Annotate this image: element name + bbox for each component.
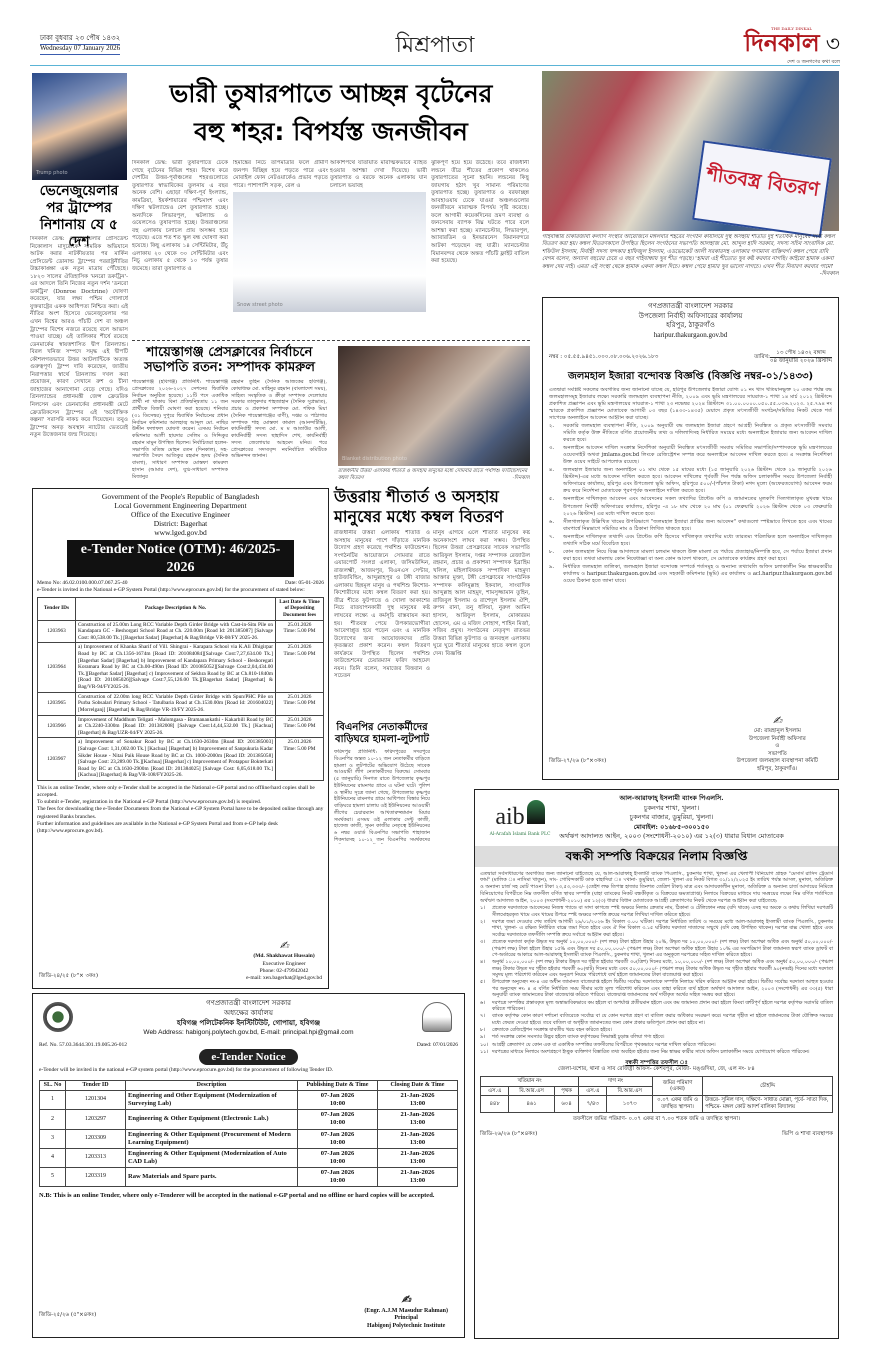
list-item: ৪।অনুর্ধ্ব ১০,০০,০০০/- (দশ লক্ষ) টাকার উ… <box>480 959 833 978</box>
bank-items: ১।প্রত্যেক দরদাতাকে আবেদনের নিজস্ব প্যাড… <box>480 905 833 1055</box>
bank-auction-notice: aib Al-Arafah Islami Bank PLC আল-আরাফাহ্… <box>474 789 839 1339</box>
jolmohal-code: জিডি-২৭/২৬ (৮"×৩কঃ) <box>549 758 606 765</box>
table-row: 41203313Engineering & Other Equipment (M… <box>40 1148 458 1167</box>
list-item: ৪.জলমহাল ইজারার জন্য অনলাইনে ০১ মাঘ থেকে… <box>549 467 832 495</box>
bangladesh-emblem-icon <box>43 1002 73 1032</box>
list-item: ৭।ব্যাংক কর্তৃপক্ষ কোন কারণ দর্শানো ব্যত… <box>480 1013 833 1026</box>
polytech-tender-notice: গণপ্রজাতন্ত্রী বাংলাদেশ সরকার অধ্যক্ষের … <box>32 993 465 1338</box>
polytech-ref: Ref. No. 57.03.3644.301.19.005.26-012 <box>39 1042 127 1049</box>
snow-col3: আকাশপথে যাতায়াত মারাত্মকভাবে ব্যাহত হওয… <box>330 160 427 188</box>
lged-date: Date: 05-01-2026 <box>285 580 324 587</box>
snow-col2: হিমাঙ্কের নিচে তাপমাত্রার ফলে গ্রামীণ জন… <box>233 160 328 188</box>
schedule-subtitle: জেলা-যশোর, থানা ও সাব রেজিষ্ট্রী অফিস- ক… <box>480 1066 833 1073</box>
uttara-headline: উত্তরায় শীতার্ত ও অসহায় মানুষের মধ্যে … <box>334 487 534 527</box>
schedule-total: তফসীলে জমির পরিমাণ- ০.০৭ একর বা ৭.০০ শতক… <box>480 1116 833 1123</box>
jolmohal-date: তারিখ: ১৩ পৌষ ১৪৩২ বঙ্গাব্দ ০৪ জানুয়ারি… <box>754 350 832 365</box>
snow-col2-cont <box>233 314 328 334</box>
list-item: ১০।আগ্রহী ক্রেতাগণ যে কোন এক বা একাধিক স… <box>480 1042 833 1048</box>
newspaper-logo[interactable]: THE DAILY DINKAL দিনকাল৩ দেশ ও জনগণের কথ… <box>744 30 840 65</box>
press-club-col1: শায়েস্তাগঞ্জ (হবিগঞ্জ) প্রতিনিধি: শায়ে… <box>132 379 228 479</box>
list-item: ৫.অনলাইনে দাখিলকৃত আবেদন এবং আবেদনের সকল… <box>549 496 832 517</box>
list-item: ৮।ক্রেতাকে রেজিস্ট্রেশন সংক্রান্ত যাবতীয… <box>480 1027 833 1033</box>
polytech-signature-block: ✍︎ (Engr. A.J.M Masudur Rahman) Principa… <box>364 1293 448 1331</box>
lged-signature-block: ✍︎ (Md. Shakhawat Hussain) Executive Eng… <box>246 939 322 982</box>
list-item: ৯.নির্ধারিত জলমহাল তালিকা, জলমহাল ইজারা … <box>549 564 832 585</box>
list-item: ২.সরকারি জলমহাল ব্যবস্থাপনা নীতি, ২০০৯ অ… <box>549 423 832 444</box>
lged-tender-table: Tender IDs Package Description & No. Las… <box>37 597 324 781</box>
snow-col4: ঝুঁকিপূর্ণ হয়ে হয়ে উঠেছে। তবে রাজধানী … <box>431 160 529 332</box>
logo-english-name: THE DAILY DINKAL <box>771 26 812 31</box>
polytech-code: জিডি-২৫/২৬ (৫"×৪কঃ) <box>39 1312 96 1319</box>
jolmohal-items: ২.সরকারি জলমহাল ব্যবস্থাপনা নীতি, ২০০৯ অ… <box>549 423 832 584</box>
signature: ✍︎ <box>737 714 818 729</box>
lged-intro: e-Tender is invited in the National e-GP… <box>37 587 324 594</box>
list-item: ৮.কোন জলমহাল নিয়ে বিজ্ঞ আদালতে মামলা চল… <box>549 549 832 563</box>
logo-tagline: দেশ ও জনগণের কথা বলে <box>744 59 840 65</box>
list-item: ৬।দরপত্রে সম্পত্তির প্রস্তাবকৃত মূল্য অস… <box>480 1000 833 1013</box>
snow-headline-line2: বহু শহর: বিপর্যস্ত জনজীবন <box>132 113 530 151</box>
polytech-intro: e-Tender will be invited in the national… <box>39 1067 458 1074</box>
banner: শীতবস্ত্র বিতরণ <box>692 140 832 237</box>
list-item: ৩.অনলাইনে আবেদন দাখিল সংক্রান্ত নির্দেশি… <box>549 445 832 466</box>
polytech-note: N.B: This is an online Tender, where onl… <box>39 1192 458 1200</box>
polytech-tender-table: SL. No Tender ID Description Publishing … <box>39 1080 458 1188</box>
polytech-tender-title: e-Tender Notice <box>199 1049 297 1065</box>
bnp-body: ফরিদপুর প্রতিনিধি: ফরিদপুরের সদরপুরে বিএ… <box>334 749 430 844</box>
lged-tender-title: e-Tender Notice (OTM): 46/2025-2026 <box>67 540 294 577</box>
jolmohal-signature-block: ✍︎ মো: রায়হানুল ইসলাম উপজেলা নির্বাহী অ… <box>737 714 818 773</box>
page-number: ৩ <box>826 32 840 57</box>
bank-intro: এতদ্বারা সর্বসাধারণের অবগতির জন্য জানানো… <box>480 871 833 905</box>
table-row: 1203965Construction of 22.00m long RCC V… <box>38 692 324 715</box>
blanket-photo-caption: গাইবান্ধায় চাকরিজীবী কল্যাণ সংস্থার আয়… <box>542 234 839 286</box>
lged-code: জিডি-২৪/২৫ (৮"× ৩কঃ) <box>39 973 98 980</box>
table-row: 1203964a) Improvement of Khanka Sharif o… <box>38 643 324 692</box>
jolmohal-org-block: গণপ্রজাতন্ত্রী বাংলাদেশ সরকার উপজেলা নির… <box>549 302 832 340</box>
lged-memo: Memo No: 46.02.0100.000.07.067.25-40 <box>37 580 127 587</box>
snow-col1: দিনকাল ডেস্ক: ভারী তুষারপাতে ঢেকে গেছে ব… <box>132 160 228 332</box>
bank-logo: aib Al-Arafah Islami Bank PLC <box>485 800 555 838</box>
table-row: ৪৪৮ ৪৬১ ৬০৪ ৭/৪৩ ১০৭৩ ০.০৭ একর জমি ও তদস… <box>481 1096 833 1112</box>
list-item: ১।প্রত্যেক দরদাতাকে আবেদনের নিজস্ব প্যাড… <box>480 905 833 918</box>
banner-text: শীতবস্ত্র বিতরণ <box>699 162 827 203</box>
blanket-photo-credit: -দিনকাল <box>820 271 839 278</box>
table-row: 31203309Engineering & Other Equipment (P… <box>40 1129 458 1148</box>
signature: ✍︎ <box>364 1293 448 1307</box>
table-row: 51203319Raw Materials and Spare parts.07… <box>40 1168 458 1187</box>
press-club-col2: রহমান তুহিন (দৈনিক আজকের হবিগঞ্জ), কোষাধ… <box>231 379 327 479</box>
bank-logo-icon <box>527 800 545 824</box>
lged-notes: This is an online Tender, where only e-T… <box>37 785 324 835</box>
table-row: 1203966Improvement of Maddhum Teligati -… <box>38 715 324 738</box>
section-title: মিশ্রপাতা <box>30 32 840 60</box>
press-club-headline: শায়েস্তাগঞ্জ প্রেসক্লাবের নির্বাচনে সভা… <box>132 345 327 375</box>
list-item: ২।দরপত্র জমা দেওয়ার শেষ তারিখ আগামী ২৯/… <box>480 919 833 938</box>
section-divider <box>132 340 530 341</box>
jolmohal-lease-notice: গণপ্রজাতন্ত্রী বাংলাদেশ সরকার উপজেলা নির… <box>542 297 839 780</box>
trump-photo: Trump photo <box>32 73 127 180</box>
bank-signer: ভিপি ও শাখা ব্যবস্থাপক <box>782 1131 833 1138</box>
polytech-logo-icon <box>422 1002 452 1032</box>
list-item: ৬.সীলগালাকৃত উল্লিখিত খামের উপরিভাগে "জল… <box>549 519 832 533</box>
snow-headline: ভারী তুষারপাতে আচ্ছন্ন বৃটেনের বহু শহর: … <box>132 75 530 151</box>
snow-headline-line1: ভারী তুষারপাতে আচ্ছন্ন বৃটেনের <box>132 75 530 113</box>
bank-code: জিডি-২৬/২৬ (৮"×৪কঃ) <box>480 1131 537 1138</box>
jolmohal-memo: নম্বর : ০৫.৫৫.৯৪৫১.০০০.০৮.০০৬.২০২৬.১৮৩ <box>549 354 658 361</box>
uttara-photo-caption: রাজধানীর উত্তরা এলাকায় শীতার্ত ও অসহায়… <box>338 468 530 484</box>
table-row: 1203963Construction of 25.00m Long RCC V… <box>38 620 324 643</box>
lged-tender-notice: Government of the People's Republic of B… <box>32 488 329 989</box>
list-item: ১১।দরপত্রের মাধ্যমে নিলামে অংশগ্রহণে ইচ্… <box>480 1049 833 1055</box>
list-item: ৩।প্রত্যেক দরদাতা কর্তৃক উদ্ধৃত দর অনুর্… <box>480 939 833 958</box>
bnp-headline: বিএনপির নেতাকর্মীদের বাড়িঘরে হামলা-লুটপ… <box>334 722 430 746</box>
lged-org-block: Government of the People's Republic of B… <box>37 492 324 537</box>
list-item: ৭.অনলাইনে দাখিলকৃত তথ্যাদি এবং প্রিন্টেড… <box>549 534 832 548</box>
uttara-col1: রাজধানীর উত্তরা এলাকায় শীতার্ত ও অসহায়… <box>334 530 430 715</box>
polytech-date: Dated: 07/01/2026 <box>417 1042 458 1049</box>
table-row: 11201304Engineering and Other Equipment … <box>40 1091 458 1110</box>
list-item: ৯।শর্ত সংক্রান্ত কোন সমস্যার উদ্ভব হইলে … <box>480 1034 833 1040</box>
logo-name: দিনকাল <box>744 29 819 57</box>
blanket-distribution-photo: শীতবস্ত্র বিতরণ <box>542 71 839 231</box>
trump-body: দিনকাল ডেস্ক: ভেনেজুয়েলার প্রেসিডেন্ট ন… <box>30 236 128 484</box>
list-item: ৫।উপরোক্ত অনুচ্ছেদ নং-৪ এর অধীন জামানত ব… <box>480 979 833 998</box>
uttara-col2: মানুষ এগিয়ে এলে শীতার্ত মানুষের কষ্ট অন… <box>433 530 530 715</box>
table-row: 21203297Engineering & Other Equipment (E… <box>40 1110 458 1129</box>
jolmohal-intro: এতদ্বারা সংশ্লিষ্ট সকলের অবগতির জন্য জান… <box>549 387 832 422</box>
bank-notice-title: বন্ধকী সম্পত্তি বিক্রয়ের নিলাম বিজ্ঞপ্ত… <box>475 846 838 867</box>
signature: ✍︎ <box>246 939 322 953</box>
table-row: 1203967a) Improvement of Sonakur Road by… <box>38 738 324 781</box>
jolmohal-title: জলমহাল ইজারা বন্দোবস্ত বিজ্ঞপ্তি (বিজ্ঞপ… <box>549 371 832 384</box>
uttara-blanket-photo: Blanket distribution photo <box>338 346 530 466</box>
masthead: ঢাকা বুধবার ২৩ পৌষ ১৪৩২ Wednesday 07 Jan… <box>30 30 840 66</box>
snow-photo: Snow street photo <box>233 192 426 312</box>
polytech-org-block: গণপ্রজাতন্ত্রী বাংলাদেশ সরকার অধ্যক্ষের … <box>39 998 458 1038</box>
property-schedule-table: খতিয়ান নং দাগ নং জমির পরিমাণ (একর) চৌহদ… <box>480 1076 833 1112</box>
